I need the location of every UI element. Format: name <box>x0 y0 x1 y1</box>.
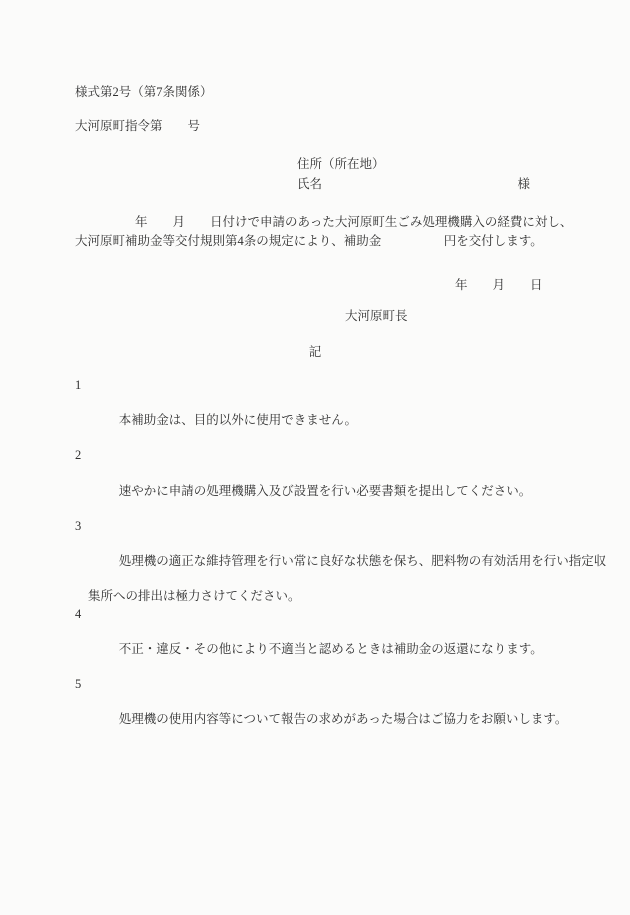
body-paragraph-line2: 大河原町補助金等交付規則第4条の規定により、補助金 円を交付します。 <box>75 232 543 250</box>
issuer-title: 大河原町長 <box>345 307 408 325</box>
note-number: 5 <box>75 676 81 694</box>
note-number: 2 <box>75 447 81 465</box>
note-number: 3 <box>75 518 81 536</box>
notes-list: 1 本補助金は、目的以外に使用できません。 2 速やかに申請の処理機購入及び設置… <box>75 377 575 746</box>
record-heading: 記 <box>0 343 630 361</box>
form-number: 様式第2号（第7条関係） <box>75 83 213 101</box>
note-item-3-continuation: 集所への排出は極力さけてください。 <box>75 588 575 606</box>
note-item-1: 1 本補助金は、目的以外に使用できません。 <box>75 377 575 447</box>
recipient-address-label: 住所（所在地） <box>297 155 385 173</box>
note-text: 速やかに申請の処理機購入及び設置を行い必要書類を提出してください。 <box>119 484 532 498</box>
note-text: 不正・違反・その他により不適当と認めるときは補助金の返還になります。 <box>119 642 543 656</box>
recipient-name-label: 氏名 <box>297 175 322 193</box>
document-page: 様式第2号（第7条関係） 大河原町指令第 号 住所（所在地） 氏名 様 年 月 … <box>0 0 630 915</box>
note-text: 処理機の使用内容等について報告の求めがあった場合はご協力をお願いします。 <box>119 712 568 726</box>
recipient-name-line: 氏名 様 <box>297 175 530 193</box>
note-item-5: 5 処理機の使用内容等について報告の求めがあった場合はご協力をお願いします。 <box>75 676 575 746</box>
directive-number: 大河原町指令第 号 <box>75 117 200 135</box>
body-paragraph-line1: 年 月 日付けで申請のあった大河原町生ごみ処理機購入の経費に対し、 <box>135 213 572 231</box>
issue-date-line: 年 月 日 <box>455 276 543 294</box>
note-text: 本補助金は、目的以外に使用できません。 <box>119 413 357 427</box>
note-item-4: 4 不正・違反・その他により不適当と認めるときは補助金の返還になります。 <box>75 606 575 676</box>
recipient-honorific: 様 <box>517 175 530 193</box>
note-number: 1 <box>75 377 81 395</box>
note-item-3: 3 処理機の適正な維持管理を行い常に良好な状態を保ち、肥料物の有効活用を行い指定… <box>75 518 575 588</box>
note-text: 処理機の適正な維持管理を行い常に良好な状態を保ち、肥料物の有効活用を行い指定収 <box>119 554 607 568</box>
note-item-2: 2 速やかに申請の処理機購入及び設置を行い必要書類を提出してください。 <box>75 447 575 517</box>
note-number: 4 <box>75 606 81 624</box>
